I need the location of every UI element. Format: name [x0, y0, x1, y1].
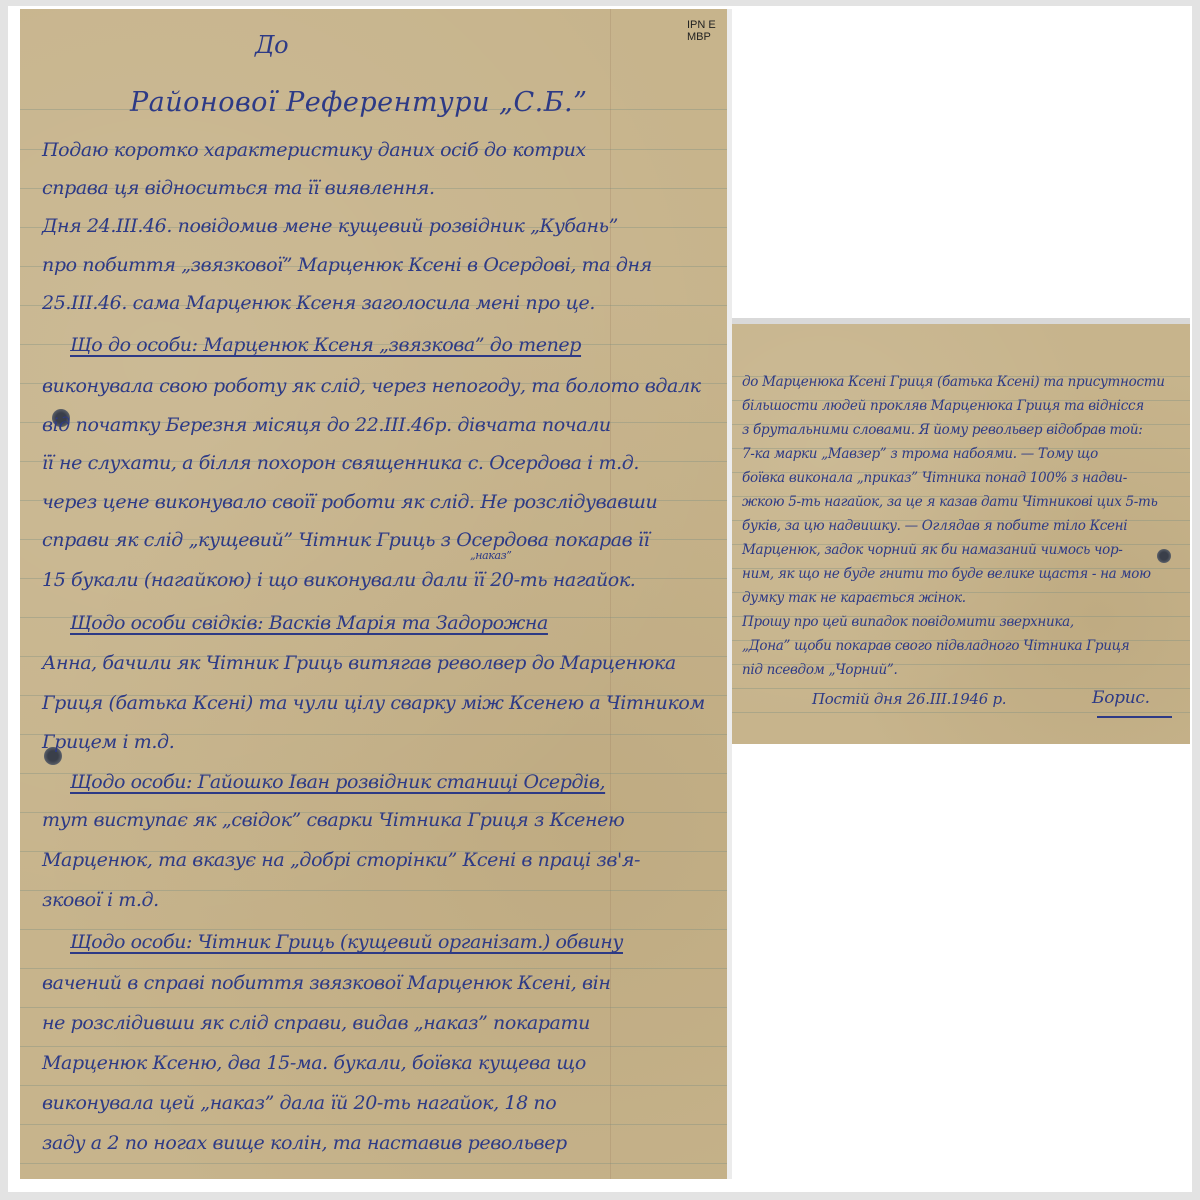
- text-line: думку так не карається жінок.: [742, 590, 966, 606]
- text-line: Подаю коротко характеристику даних осіб …: [42, 139, 586, 161]
- text-line: справи як слід „кущевий” Чітник Гриць з …: [42, 529, 649, 551]
- text-line: до Марценюка Ксені Гриця (батька Ксені) …: [742, 374, 1165, 390]
- signature: Борис.: [1092, 688, 1150, 708]
- text-line: буків, за цю надвишку. — Оглядав я побит…: [742, 518, 1127, 534]
- document-page-right: до Марценюка Ксені Гриця (батька Ксені) …: [732, 324, 1190, 744]
- text-line: зкової і т.д.: [42, 889, 159, 911]
- inserted-word: „наказ”: [470, 549, 511, 562]
- text-line: з брутальними словами. Я йому револьвер …: [742, 422, 1142, 438]
- text-line: виконувала свою роботу як слід, через не…: [42, 375, 701, 397]
- text-line: про побиття „звязкової” Марценюк Ксені в…: [42, 254, 652, 276]
- margin-line: [610, 9, 611, 1179]
- text-line: вачений в справі побиття звязкової Марце…: [42, 972, 610, 994]
- document-page-left: IPN E MBP До Районової Референтури „С.Б.…: [20, 9, 727, 1179]
- text-line: через цене виконувало своїї роботи як сл…: [42, 491, 657, 513]
- text-line: більшости людей прокляв Марценюка Гриця …: [742, 398, 1144, 414]
- section-heading-line: Щодо особи свідків: Васків Марія та Задо…: [70, 612, 548, 634]
- text-line: Анна, бачили як Чітник Гриць витягав рев…: [42, 652, 676, 674]
- date-line: Постій дня 26.III.1946 р.: [812, 690, 1006, 708]
- text-line: справа ця відноситься та її виявлення.: [42, 177, 435, 199]
- text-line: Марценюк, задок чорний як би намазаний ч…: [742, 542, 1123, 558]
- ruled-line: [732, 712, 1190, 713]
- text-line: боївка виконала „приказ” Чітника понад 1…: [742, 470, 1127, 486]
- ruled-line: [20, 1046, 727, 1047]
- text-line: ним, як що не буде гнити то буде велике …: [742, 566, 1151, 582]
- text-line: Гриця (батька Ксені) та чули цілу сварку…: [42, 692, 705, 714]
- ruled-line: [20, 1085, 727, 1086]
- addressee-to: До: [255, 31, 288, 59]
- ruled-line: [20, 1124, 727, 1125]
- addressee-title: Районової Референтури „С.Б.”: [130, 87, 587, 118]
- section-heading-line: Що до особи: Марценюк Ксеня „звязкова” д…: [70, 334, 581, 356]
- text-line: не розслідивши як слід справи, видав „на…: [42, 1012, 590, 1034]
- text-line: 7-ка марки „Мавзер” з трома набоями. — Т…: [742, 446, 1098, 462]
- text-line: під псевдом „Чорний”.: [742, 662, 898, 678]
- ruled-line: [20, 1163, 727, 1164]
- text-line: її не слухати, а білля похорон священник…: [42, 452, 639, 474]
- text-line: жкою 5-ть нагайок, за це я казав дати Чі…: [742, 494, 1158, 510]
- punch-hole: [1157, 549, 1171, 563]
- section-heading-line: Щодо особи: Чітник Гриць (кущевий органі…: [70, 931, 623, 953]
- text-line: заду а 2 по ногах вище колін, та настави…: [42, 1132, 567, 1154]
- text-line: Марценюк Ксеню, два 15-ма. букали, боївк…: [42, 1052, 586, 1074]
- text-line: тут виступає як „свідок” сварки Чітника …: [42, 809, 624, 831]
- ruled-line: [20, 1007, 727, 1008]
- ruled-line: [20, 968, 727, 969]
- text-line: 15 букали (нагайкою) і що виконували дал…: [42, 569, 635, 591]
- text-line: „Дона” щоби покарав свого підвладного Чі…: [742, 638, 1129, 654]
- text-line: виконувала цей „наказ” дала їй 20-ть наг…: [42, 1092, 556, 1114]
- signature-underline: [1097, 716, 1172, 718]
- section-heading-line: Щодо особи: Гайошко Іван розвідник стани…: [70, 771, 605, 793]
- text-line: Марценюк, та вказує на „добрі сторінки” …: [42, 849, 640, 871]
- stamp-line-2: MBP: [687, 31, 727, 43]
- text-line: Прошу про цей випадок повідомити зверхни…: [742, 614, 1074, 630]
- archive-stamp: IPN E MBP: [687, 19, 727, 43]
- text-line: 25.III.46. сама Марценюк Ксеня заголосил…: [42, 292, 595, 314]
- ruled-line: [20, 929, 727, 930]
- text-line: Грицем і т.д.: [42, 731, 174, 753]
- text-line: Дня 24.III.46. повідомив мене кущевий ро…: [42, 215, 618, 237]
- text-line: від початку Березня місяця до 22.III.46р…: [42, 414, 611, 436]
- stamp-line-1: IPN E: [687, 19, 727, 31]
